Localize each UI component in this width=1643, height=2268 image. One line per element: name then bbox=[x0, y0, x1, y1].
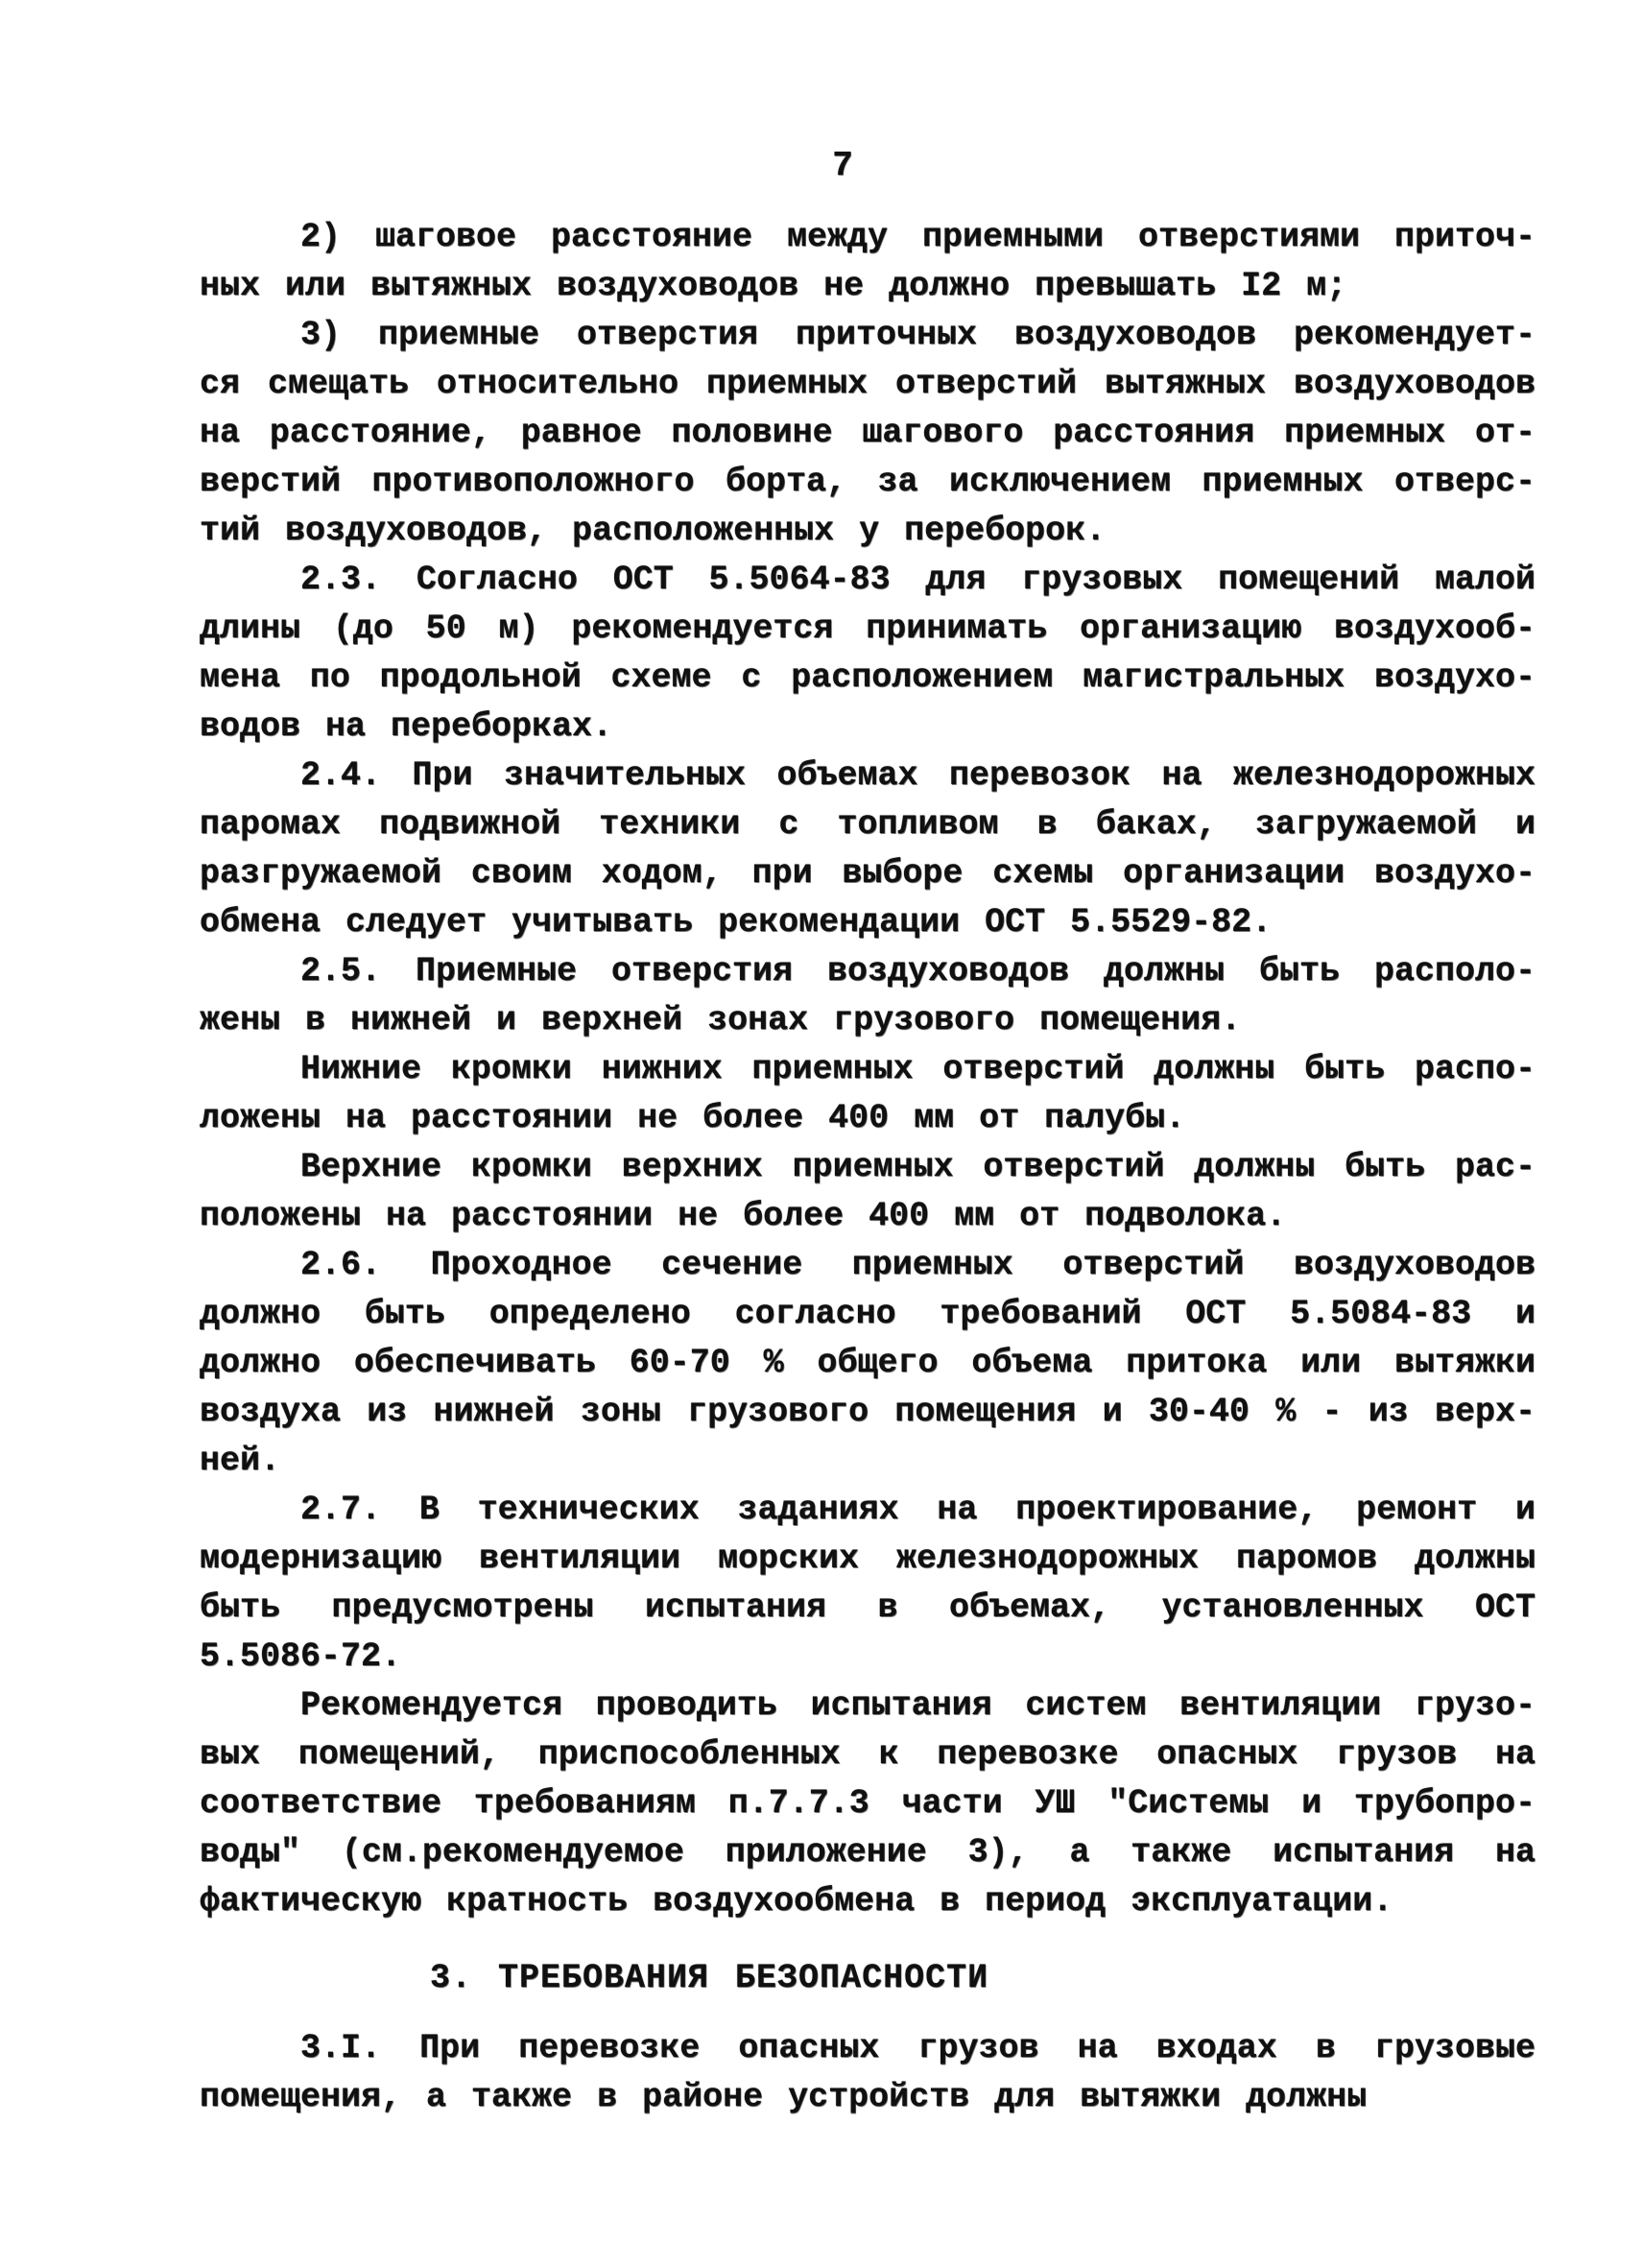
text-line: 2.7. В технических заданиях на проектиро… bbox=[200, 1486, 1536, 1535]
text-line: 3) приемные отверстия приточных воздухов… bbox=[200, 311, 1536, 360]
paragraph: Рекомендуется проводить испытания систем… bbox=[200, 1682, 1536, 1926]
text-line: 2.6. Проходное сечение приемных отверсти… bbox=[200, 1241, 1536, 1290]
text-line: паромах подвижной техники с топливом в б… bbox=[200, 800, 1536, 849]
text-line: Рекомендуется проводить испытания систем… bbox=[200, 1682, 1536, 1731]
paragraph: 2) шаговое расстояние между приемными от… bbox=[200, 213, 1536, 311]
text-line: обмена следует учитывать рекомендации ОС… bbox=[200, 898, 1536, 947]
text-line: вых помещений, приспособленных к перевоз… bbox=[200, 1731, 1536, 1779]
text-line: 2.5. Приемные отверстия воздуховодов дол… bbox=[200, 947, 1536, 996]
text-line: тий воздуховодов, расположенных у перебо… bbox=[200, 507, 1536, 556]
paragraph: 2.3. Согласно ОСТ 5.5064-83 для грузовых… bbox=[200, 556, 1536, 752]
paragraph: Верхние кромки верхних приемных отверсти… bbox=[200, 1143, 1536, 1241]
text-line: модернизацию вентиляции морских железнод… bbox=[200, 1535, 1536, 1584]
paragraph: 2.6. Проходное сечение приемных отверсти… bbox=[200, 1241, 1536, 1486]
text-line: соответствие требованиям п.7.7.3 части У… bbox=[200, 1779, 1536, 1828]
paragraph: 2.7. В технических заданиях на проектиро… bbox=[200, 1486, 1536, 1682]
text-line: ложены на расстоянии не более 400 мм от … bbox=[200, 1094, 1536, 1143]
text-line: 5.5086-72. bbox=[200, 1633, 1536, 1682]
text-line: должно обеспечивать 60-70 % общего объем… bbox=[200, 1339, 1536, 1388]
text-line: ней. bbox=[200, 1437, 1536, 1486]
text-line: быть предусмотрены испытания в объемах, … bbox=[200, 1584, 1536, 1633]
text-line: мена по продольной схеме с расположением… bbox=[200, 654, 1536, 703]
paragraph: 2.4. При значительных объемах перевозок … bbox=[200, 752, 1536, 947]
text-line: на расстояние, равное половине шагового … bbox=[200, 409, 1536, 458]
text-line: жены в нижней и верхней зонах грузового … bbox=[200, 996, 1536, 1045]
document-page: 7 2) шаговое расстояние между приемными … bbox=[0, 0, 1643, 2268]
text-line: помещения, а также в районе устройств дл… bbox=[200, 2073, 1536, 2122]
text-line: ных или вытяжных воздуховодов не должно … bbox=[200, 262, 1536, 311]
text-line: положены на расстоянии не более 400 мм о… bbox=[200, 1192, 1536, 1241]
text-line: Нижние кромки нижних приемных отверстий … bbox=[200, 1045, 1536, 1094]
section-heading: 3. ТРЕБОВАНИЯ БЕЗОПАСНОСТИ bbox=[430, 1954, 1536, 2003]
text-line: 2.3. Согласно ОСТ 5.5064-83 для грузовых… bbox=[200, 556, 1536, 605]
paragraph: Нижние кромки нижних приемных отверстий … bbox=[200, 1045, 1536, 1143]
page-number: 7 bbox=[21, 142, 1643, 190]
text-line: верстий противоположного борта, за исклю… bbox=[200, 458, 1536, 507]
document-body: 2) шаговое расстояние между приемными от… bbox=[200, 213, 1536, 2122]
text-line: воды" (см.рекомендуемое приложение 3), а… bbox=[200, 1828, 1536, 1877]
text-line: 2) шаговое расстояние между приемными от… bbox=[200, 213, 1536, 262]
paragraph: 3) приемные отверстия приточных воздухов… bbox=[200, 311, 1536, 556]
text-line: разгружаемой своим ходом, при выборе схе… bbox=[200, 849, 1536, 898]
text-line: длины (до 50 м) рекомендуется принимать … bbox=[200, 605, 1536, 654]
text-line: 3.I. При перевозке опасных грузов на вхо… bbox=[200, 2024, 1536, 2073]
paragraph: 2.5. Приемные отверстия воздуховодов дол… bbox=[200, 947, 1536, 1045]
text-line: водов на переборках. bbox=[200, 703, 1536, 752]
paragraph: 3.I. При перевозке опасных грузов на вхо… bbox=[200, 2024, 1536, 2122]
text-line: 2.4. При значительных объемах перевозок … bbox=[200, 752, 1536, 800]
text-line: Верхние кромки верхних приемных отверсти… bbox=[200, 1143, 1536, 1192]
text-line: воздуха из нижней зоны грузового помещен… bbox=[200, 1388, 1536, 1437]
text-line: ся смещать относительно приемных отверст… bbox=[200, 360, 1536, 409]
text-line: должно быть определено согласно требован… bbox=[200, 1290, 1536, 1339]
text-line: фактическую кратность воздухообмена в пе… bbox=[200, 1877, 1536, 1926]
